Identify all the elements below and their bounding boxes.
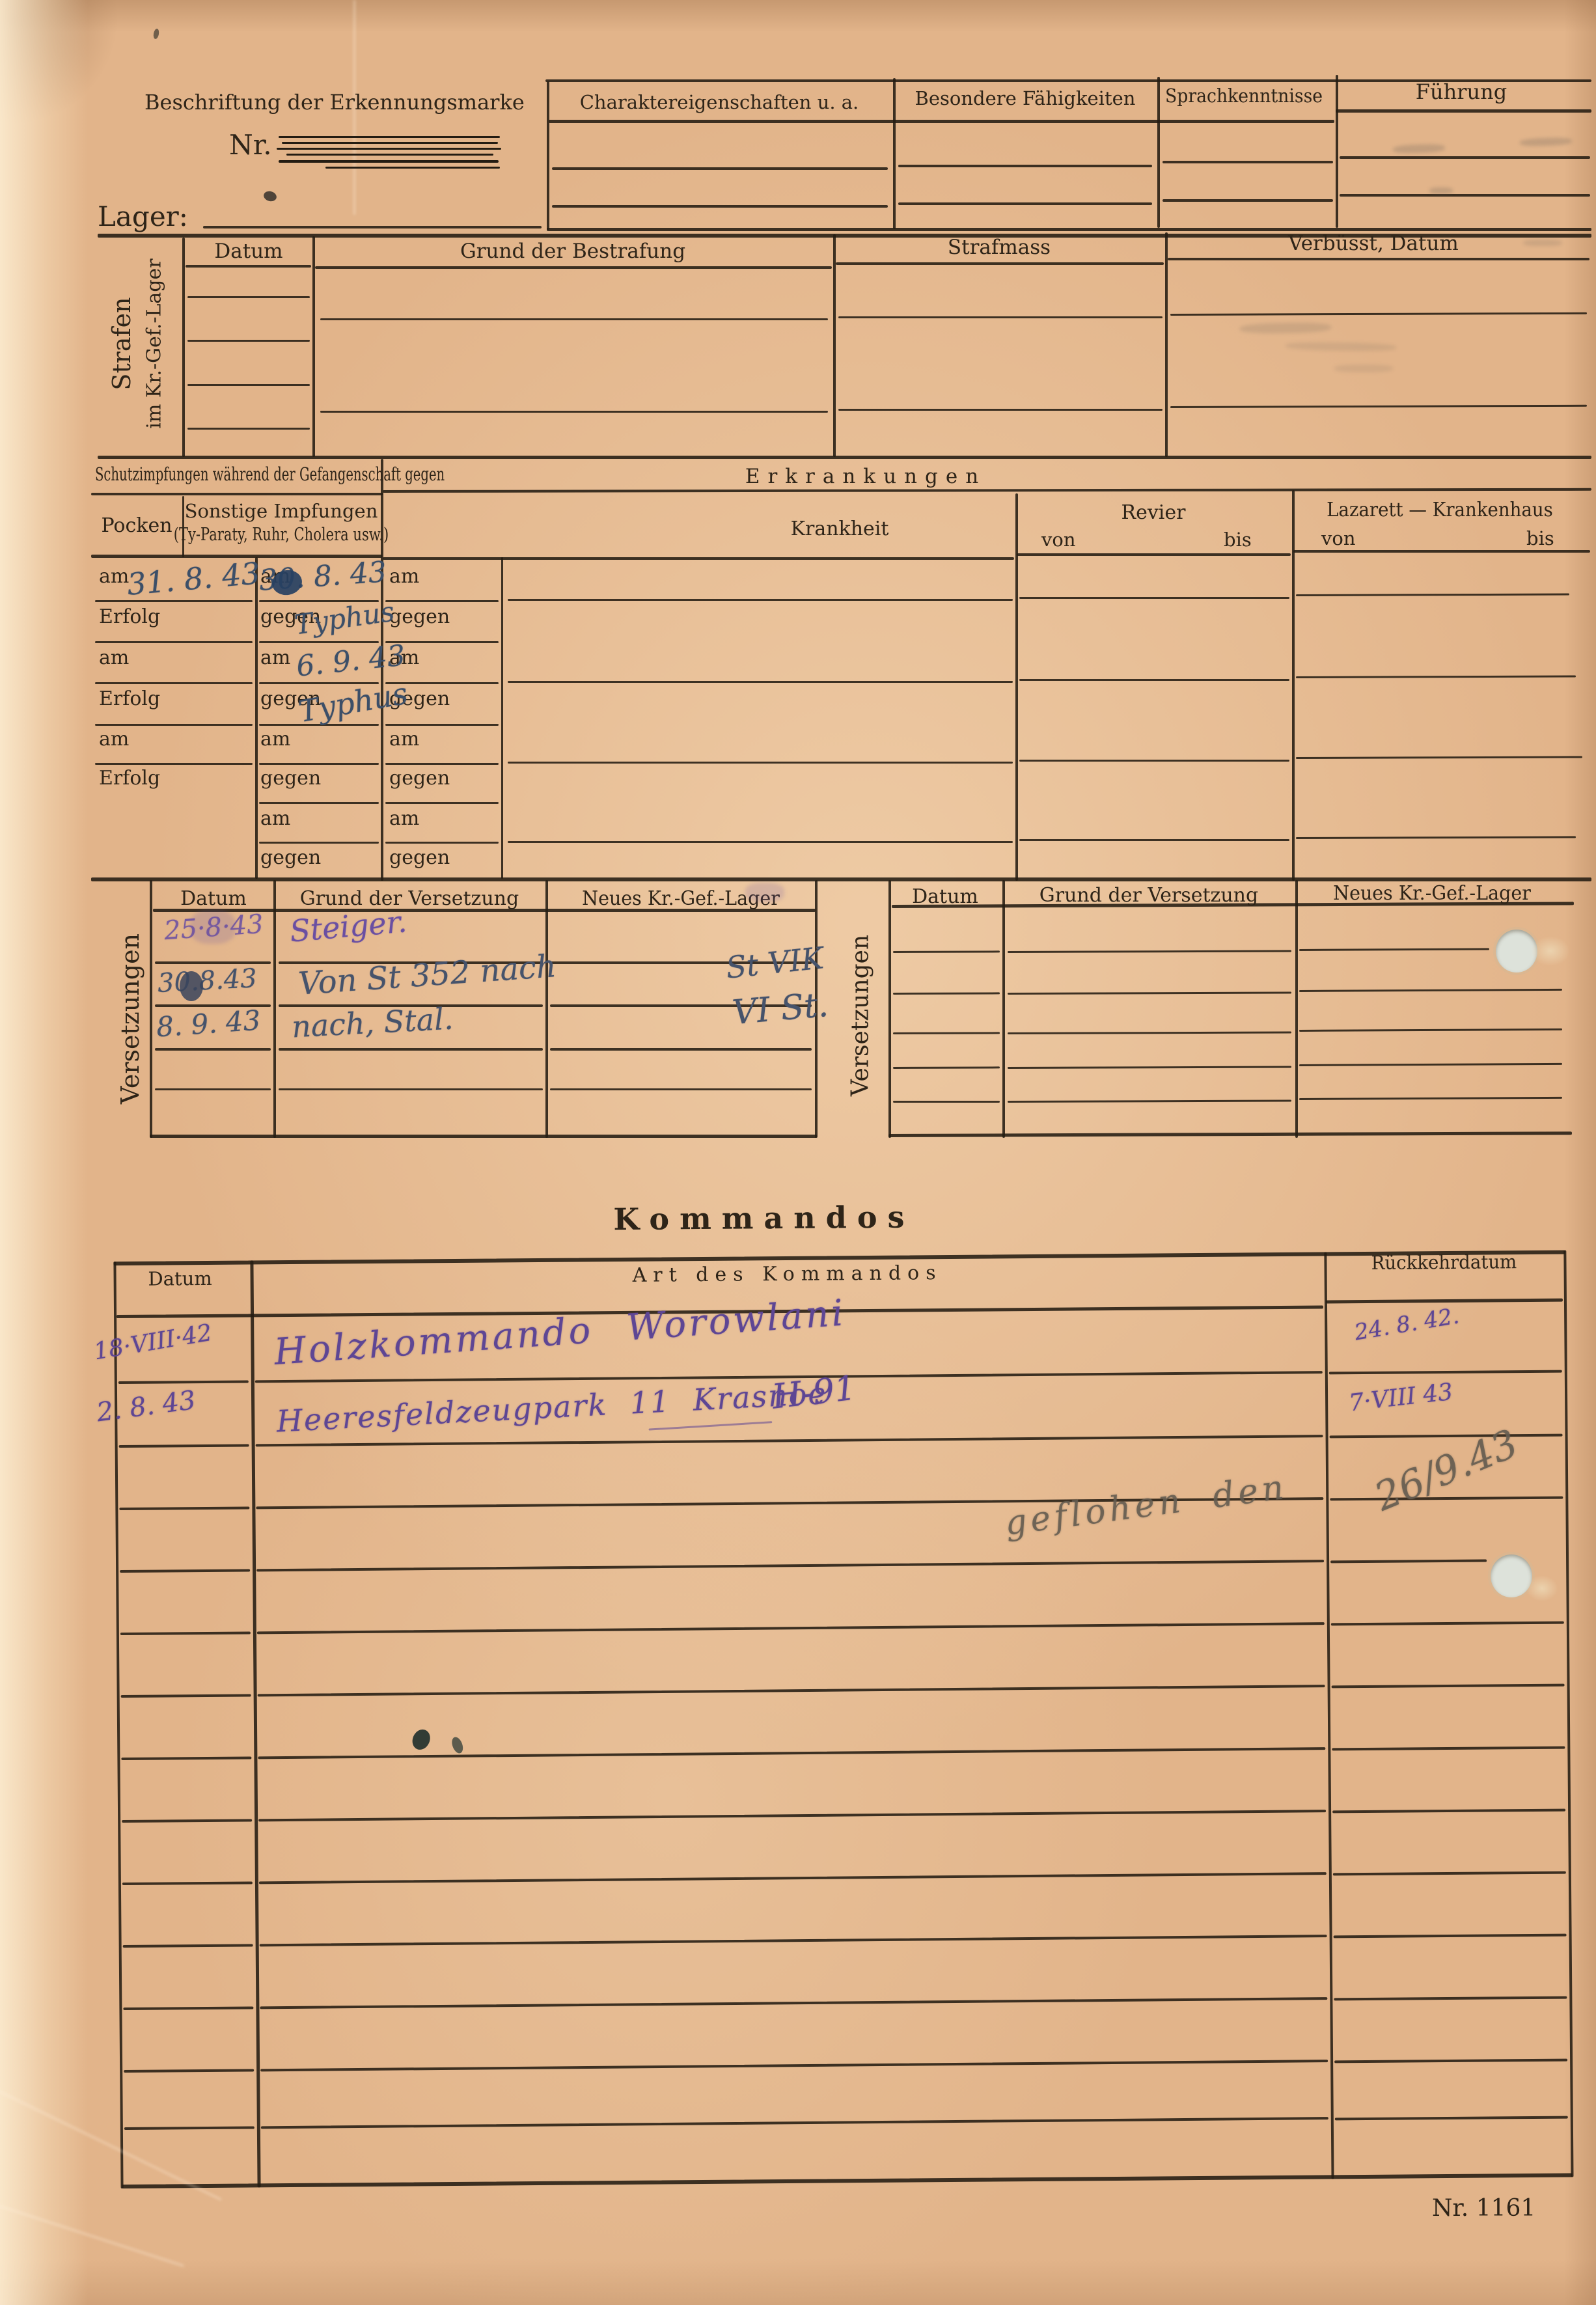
impf-printed-label: gegen (389, 605, 450, 628)
rule-line (312, 236, 315, 457)
rule-line (256, 1560, 1324, 1571)
versetzungen-grund-header-left: Grund der Versetzung (300, 887, 519, 910)
strafen-side-label: Strafen (107, 297, 136, 390)
impf-printed-label: gegen (260, 846, 321, 869)
rule-line (121, 1694, 251, 1697)
rule-line (838, 409, 1163, 411)
rule-line (1165, 232, 1168, 457)
revier-header: Revier (1121, 501, 1186, 524)
kommando-row2-art-handwriting: Heeresfeldzeugpark 11 Krasnoe (275, 1375, 827, 1439)
rule-line (1334, 1996, 1567, 2000)
rule-line (1336, 109, 1591, 113)
rule-line (549, 120, 1334, 123)
rule-line (123, 1944, 253, 1947)
rule-line (1334, 1934, 1567, 1938)
rule-line (501, 557, 503, 879)
kommandos-rueckkehr-header: Rückkehrdatum (1371, 1250, 1517, 1274)
strafen-verbuesst-header: Verbüsst, Datum (1288, 232, 1459, 255)
lazarett-header: Lazarett — Krankenhaus (1327, 499, 1553, 521)
purple-smudge (745, 883, 784, 902)
rule-line (1019, 679, 1289, 681)
rule-line (320, 318, 828, 320)
rule-line (259, 802, 379, 804)
rule-line (1163, 199, 1333, 202)
rule-line (122, 2174, 1573, 2188)
kommando-row1-art-handwriting: Holzkommando Worowlani (273, 1291, 847, 1373)
strafen-grund-header: Grund der Bestrafung (460, 240, 685, 263)
rule-line (150, 880, 152, 1138)
rule-line (385, 842, 499, 844)
erkrankungen-title: Erkrankungen (745, 465, 986, 488)
rule-line (118, 1380, 249, 1383)
rule-line (1332, 1809, 1565, 1813)
rule-line (122, 1819, 252, 1822)
rule-line (1168, 258, 1589, 260)
rule-line (836, 262, 1164, 265)
rule-line (95, 600, 253, 602)
rule-line (547, 228, 1591, 231)
rule-line (186, 265, 311, 268)
rule-line (279, 1048, 543, 1051)
nr-label: Nr. (229, 129, 272, 161)
rule-line (545, 880, 548, 1138)
strafen-datum-header: Datum (214, 240, 282, 263)
rule-line (120, 1569, 250, 1572)
rule-line (203, 226, 542, 228)
revier-bis-label: bis (1224, 529, 1252, 551)
versetzung-row3-neues-handwriting: VI St. (731, 986, 830, 1033)
kommando-row2-rueckkehr-handwriting: 7·VIII 43 (1347, 1379, 1454, 1417)
lager-label: Lager: (98, 200, 188, 232)
kommandos-art-header: Art des Kommandos (633, 1262, 942, 1287)
versetzungen-datum-header-left: Datum (180, 887, 247, 910)
versetzungen-datum-header-right: Datum (912, 885, 978, 908)
rule-line (833, 234, 836, 457)
rule-line (893, 950, 1000, 953)
rule-line (182, 238, 185, 457)
rule-line (91, 493, 383, 495)
rule-line (124, 2126, 255, 2129)
rule-line (150, 1135, 817, 1138)
rule-line (95, 682, 253, 684)
versetzungen-neues-header-right: Neues Kr.-Gef.-Lager (1333, 882, 1531, 905)
rule-line (250, 1260, 260, 2187)
rule-line (1292, 490, 1295, 881)
rule-line (1332, 1684, 1565, 1688)
impf-printed-label: am (260, 728, 290, 751)
rule-line (258, 1685, 1325, 1696)
rule-line (119, 1506, 249, 1510)
ink-blot (180, 971, 203, 1001)
ink-blot (450, 1735, 465, 1755)
sonstige-header-2: (Ty-Paraty, Ruhr, Cholera usw.) (174, 525, 389, 545)
rule-line (893, 1032, 1000, 1034)
paper-fiber (1526, 1575, 1558, 1601)
impf-printed-label: gegen (260, 767, 321, 790)
rule-line (1330, 1434, 1563, 1438)
rule-line (155, 1048, 271, 1051)
rule-line (1330, 1497, 1563, 1500)
rule-line (893, 78, 896, 229)
rule-line (508, 681, 1013, 683)
rule-line (258, 1810, 1326, 1821)
krankheit-header: Krankheit (791, 518, 889, 540)
sonstige-header: Sonstige Impfungen (185, 500, 378, 522)
impf-printed-label: am (389, 728, 419, 751)
rule-line (320, 411, 828, 413)
impf-printed-label: Erfolg (99, 687, 160, 710)
rule-line (1002, 880, 1005, 1138)
rule-line (1331, 1622, 1564, 1625)
rule-line (893, 992, 1000, 995)
impf-printed-label: am (260, 646, 290, 669)
impf-printed-label: am (99, 565, 129, 588)
faehigkeiten-column-header: Besondere Fähigkeiten (915, 87, 1136, 109)
rule-line (1163, 161, 1333, 163)
ink-flourish (649, 1421, 773, 1430)
rule-line (1015, 493, 1018, 881)
rule-line (893, 1066, 1000, 1069)
rule-line (256, 1435, 1323, 1446)
impf-printed-label: am (99, 728, 129, 751)
impf-printed-label: am (260, 807, 290, 830)
rule-line (1329, 1370, 1562, 1374)
rule-line (508, 841, 1013, 843)
rule-line (1333, 1871, 1566, 1875)
rule-line (91, 877, 1591, 881)
rule-line (260, 1935, 1327, 1946)
lazarett-bis-label: bis (1526, 527, 1554, 549)
rule-line (124, 2069, 254, 2072)
rule-line (385, 802, 499, 804)
rule-line (279, 1088, 543, 1090)
rule-line (1334, 2059, 1567, 2063)
kommandos-datum-header: Datum (148, 1267, 212, 1290)
impf-printed-label: gegen (389, 767, 450, 790)
rule-line (1293, 550, 1590, 553)
rule-line (187, 428, 310, 430)
rule-line (155, 1088, 271, 1090)
versetzungen-grund-header-right: Grund der Versetzung (1039, 884, 1258, 907)
form-number: Nr. 1161 (1432, 2195, 1535, 2222)
rule-line (1295, 880, 1298, 1138)
versetzung-row2-datum-handwriting: 30.8.43 (157, 963, 258, 999)
rule-line (255, 557, 258, 879)
kommando-row2-art2-handwriting: H-91 (770, 1369, 858, 1417)
rule-line (893, 1101, 1000, 1103)
rule-line (187, 340, 310, 342)
rule-line (550, 1048, 812, 1051)
paper-fiber (1531, 936, 1570, 966)
versetzungen-side-label-right: Versetzungen (847, 935, 874, 1096)
rule-line (838, 316, 1163, 318)
rule-line (547, 81, 549, 230)
rule-line (119, 1444, 249, 1447)
rule-line (508, 599, 1013, 601)
rule-line (550, 1088, 812, 1090)
rule-line (121, 1756, 251, 1760)
rule-line (1019, 839, 1289, 841)
pencil-smudge (1429, 187, 1453, 194)
pencil-smudge (1334, 365, 1393, 372)
rule-line (120, 1631, 251, 1635)
rule-line (1324, 1252, 1334, 2179)
pencil-smudge (1523, 240, 1562, 246)
rule-line (1563, 1250, 1573, 2177)
rule-line (1017, 553, 1291, 556)
versetzungen-side-label-left: Versetzungen (116, 933, 144, 1104)
revier-von-label: von (1041, 529, 1076, 551)
rule-line (508, 762, 1013, 764)
rule-line (888, 880, 891, 1138)
rule-line (385, 724, 499, 726)
rule-line (95, 641, 253, 643)
rule-line (257, 1622, 1325, 1634)
impf-printed-label: Erfolg (99, 605, 160, 628)
rule-line (383, 557, 1014, 560)
rule-line (259, 763, 379, 765)
rule-line (1335, 2116, 1568, 2120)
rule-line (898, 165, 1152, 167)
ink-blot (409, 1726, 433, 1752)
rule-line (122, 1881, 253, 1884)
pow-record-card-scan: Beschriftung der Erkennungsmarke Nr. Cha… (0, 0, 1596, 2305)
charakter-column-header: Charaktereigenschaften u. a. (580, 91, 859, 113)
kommando-row1-rueckkehr-handwriting: 24. 8. 42. (1353, 1303, 1461, 1346)
rule-line (259, 1872, 1327, 1884)
rule-line (552, 167, 888, 170)
rule-line (123, 2006, 253, 2009)
rule-line (260, 2060, 1328, 2071)
rule-line (98, 456, 1591, 459)
rule-line (1330, 1560, 1487, 1563)
rule-line (187, 296, 310, 298)
rule-line (1340, 156, 1590, 159)
impf-printed-label: am (389, 807, 419, 830)
impfungen-title: Schutzimpfungen während der Gefangenscha… (95, 463, 445, 485)
impf-printed-label: am (99, 646, 129, 669)
kommandos-title: Kommandos (613, 1199, 915, 1237)
impf-printed-label: Erfolg (99, 767, 160, 790)
rule-line (187, 384, 310, 386)
rule-line (1340, 194, 1590, 197)
sprachkenntnisse-column-header: Sprachkenntnisse (1165, 85, 1323, 107)
rule-line (1019, 760, 1289, 762)
rule-line (552, 205, 888, 208)
kommando-row2-datum-handwriting: 2. 8. 43 (95, 1385, 197, 1428)
rule-line (1326, 1299, 1563, 1304)
rule-line (95, 724, 253, 726)
rule-line (259, 842, 379, 844)
rule-line (1019, 597, 1289, 599)
rule-line (1332, 1746, 1565, 1750)
rule-line (261, 2117, 1328, 2129)
erkennungsmarke-label: Beschriftung der Erkennungsmarke (144, 90, 525, 115)
rule-line (1157, 77, 1160, 228)
rule-line (1336, 75, 1338, 228)
rule-line (95, 763, 253, 765)
rule-line (260, 1997, 1327, 2009)
kommando-row1-datum-handwriting: 18·VIII·42 (92, 1319, 213, 1366)
rule-line (273, 880, 276, 1138)
lazarett-von-label: von (1321, 527, 1356, 549)
impf-printed-label: am (389, 565, 419, 588)
rule-line (315, 266, 832, 269)
rule-line (898, 202, 1152, 205)
rule-line (385, 600, 499, 602)
pocken-header: Pocken (101, 514, 172, 537)
impf-printed-label: gegen (389, 846, 450, 869)
strafen-strafmass-header: Strafmass (948, 236, 1051, 259)
escape-note-pencil-handwriting: geflohen den (1002, 1468, 1289, 1543)
rule-line (385, 763, 499, 765)
fuehrung-column-header: Führung (1416, 79, 1507, 104)
strafen-side-label-2: im Kr.-Gef.-Lager (143, 258, 166, 428)
